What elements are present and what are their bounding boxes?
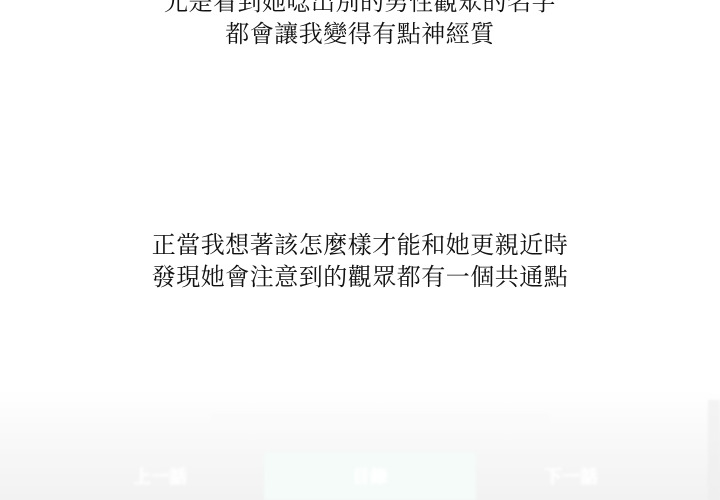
caption-line: 光是看到她唸出別的男性觀眾的名字 (0, 0, 720, 18)
reader-nav-bar: 上一話 目錄 下一話 (0, 390, 720, 500)
next-chapter-button[interactable]: 下一話 (476, 452, 666, 500)
prev-chapter-button[interactable]: 上一話 (60, 452, 260, 500)
caption-middle: 正當我想著該怎麼樣才能和她更親近時 發現她會注意到的觀眾都有一個共通點 (0, 229, 720, 293)
chapter-list-label: 目錄 (352, 463, 388, 489)
scrollbar[interactable] (708, 400, 720, 500)
nav-hint-blur (210, 412, 550, 426)
chapter-list-button[interactable]: 目錄 (264, 452, 476, 500)
caption-line: 發現她會注意到的觀眾都有一個共通點 (0, 261, 720, 293)
caption-top: 光是看到她唸出別的男性觀眾的名字 都會讓我變得有點神經質 (0, 0, 720, 50)
prev-chapter-label: 上一話 (133, 463, 187, 489)
comic-page: 光是看到她唸出別的男性觀眾的名字 都會讓我變得有點神經質 正當我想著該怎麼樣才能… (0, 0, 720, 500)
caption-line: 正當我想著該怎麼樣才能和她更親近時 (0, 229, 720, 261)
caption-line: 都會讓我變得有點神經質 (0, 18, 720, 50)
next-chapter-label: 下一話 (544, 463, 598, 489)
